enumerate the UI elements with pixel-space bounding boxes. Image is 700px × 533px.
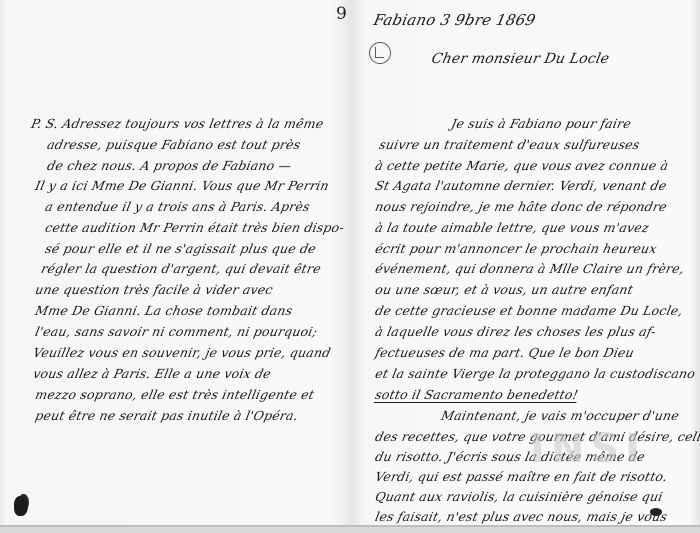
body-line: à laquelle vous direz les choses les plu… — [374, 326, 657, 339]
salutation: Cher monsieur Du Locle — [430, 51, 611, 67]
page-number: 9 — [336, 4, 347, 24]
ps-line: Veuillez vous en souvenir, je vous prie,… — [32, 347, 332, 360]
ps-line: régler la question d'argent, qui devait … — [40, 263, 322, 276]
date-line: Fabiano 3 9bre 1869 — [372, 11, 537, 29]
watermark: INSI — [530, 426, 646, 472]
body-line: Verdi, qui est passé maître en fait de r… — [374, 471, 669, 484]
ps-line: a entendue il y a trois ans à Paris. Apr… — [44, 201, 311, 214]
body-line: événement, qui donnera à Mlle Claire un … — [374, 263, 685, 276]
body-line: Je suis à Fabiano pour faire — [450, 118, 632, 131]
body-line: écrit pour m'annoncer le prochain heureu… — [374, 243, 658, 256]
ps-line: l'eau, sans savoir ni comment, ni pourqu… — [34, 326, 318, 339]
body-line: Quant aux raviolis, la cuisinière génois… — [374, 491, 664, 504]
body-line: à cette petite Marie, que vous avez conn… — [374, 160, 670, 173]
ps-line: P. S. Adressez toujours vos lettres à la… — [30, 118, 325, 131]
ps-line: Il y a ici Mme De Gianni. Vous que Mr Pe… — [34, 180, 330, 193]
body-line: de cette gracieuse et bonne madame Du Lo… — [374, 305, 684, 318]
body-line: Maintenant, je vais m'occuper d'une — [440, 410, 680, 423]
body-line: à la toute aimable lettre, que vous m'av… — [374, 222, 650, 235]
ps-line: une question très facile à vider avec — [34, 284, 274, 297]
body-line: ou une sœur, et à vous, un autre enfant — [374, 284, 634, 297]
body-line: fectueuses de ma part. Que le bon Dieu — [374, 347, 635, 360]
ps-line: peut être ne serait pas inutile à l'Opér… — [34, 410, 299, 423]
ps-line: vous allez à Paris. Elle a une voix de — [32, 368, 272, 381]
ps-line: Mme De Gianni. La chose tombait dans — [34, 305, 294, 318]
body-line: et la sainte Vierge la proteggano la cus… — [374, 368, 696, 381]
body-line: nous rejoindre, je me hâte donc de répon… — [374, 201, 668, 214]
body-line: St Agata l'automne dernier. Verdi, venan… — [374, 180, 668, 193]
ps-line: de chez nous. A propos de Fabiano — — [46, 160, 293, 173]
ps-line: cette audition Mr Perrin était très bien… — [44, 222, 345, 235]
ps-line: adresse, puisque Fabiano est tout près — [46, 139, 302, 152]
ink-stain-icon — [650, 508, 662, 516]
letter-page: 9 Fabiano 3 9bre 1869 Cher monsieur Du L… — [0, 0, 700, 525]
page-fold-shadow — [340, 0, 362, 525]
body-line: les faisait, n'est plus avec nous, mais … — [374, 511, 668, 524]
library-stamp-icon — [369, 42, 391, 64]
body-line: suivre un traitement d'eaux sulfureuses — [378, 139, 641, 152]
ps-line: sé pour elle et il ne s'agissait plus qu… — [44, 243, 317, 256]
body-line: sotto il Sacramento benedetto! — [374, 389, 579, 402]
ink-stain-icon — [14, 496, 28, 516]
ps-line: mezzo soprano, elle est très intelligent… — [34, 389, 315, 402]
